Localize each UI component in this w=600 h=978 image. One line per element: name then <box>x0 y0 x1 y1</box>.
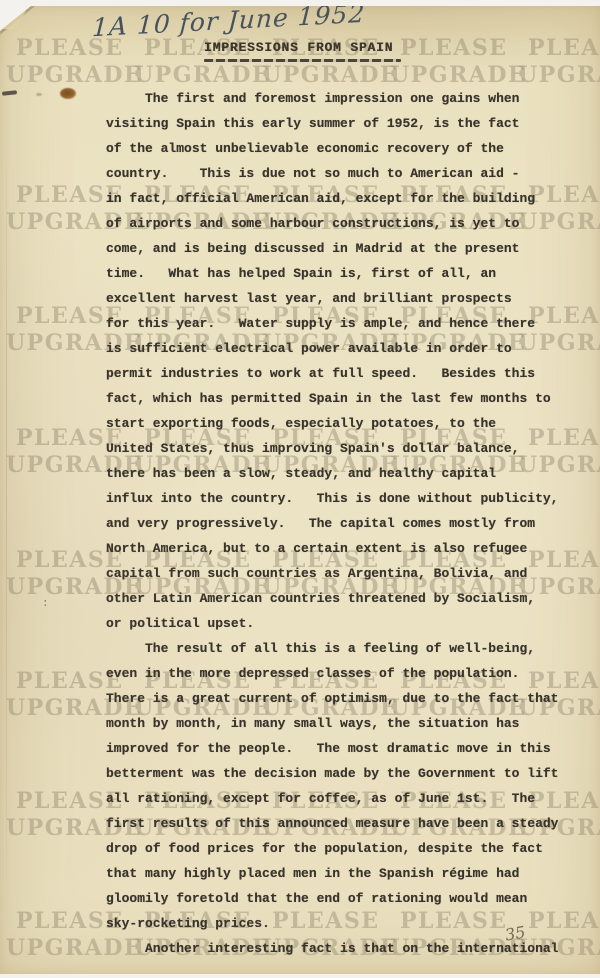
scanned-document: { "page": { "annotation_handwritten": "1… <box>0 0 600 978</box>
watermark-text: UPGRADE <box>390 62 526 88</box>
handwritten-annotation: 1A 10 for June 1952 <box>91 0 366 42</box>
handwritten-page-number: 35 <box>504 922 527 944</box>
title-underline <box>204 59 401 62</box>
watermark-text: PLEASE <box>528 35 600 61</box>
watermark-text: UPGRADE <box>134 62 270 88</box>
watermark-text: UPGRADE <box>518 62 600 88</box>
watermark-text: PLEASE <box>400 35 508 61</box>
torn-corner-shadow <box>0 6 40 40</box>
watermark-text: UPGRADE <box>262 62 398 88</box>
paragraph-1: The first and foremost impression one ga… <box>106 86 558 636</box>
paper-speck <box>36 93 42 96</box>
paper-speck-small: : <box>42 598 45 607</box>
watermark-text: UPGRADE <box>6 62 142 88</box>
pen-mark <box>2 90 17 96</box>
paragraph-2: The result of all this is a feeling of w… <box>106 636 558 936</box>
paper-crease <box>6 126 7 946</box>
paragraph-3: Another interesting fact is that on the … <box>106 936 558 961</box>
document-page: PLEASEPLEASEPLEASEPLEASEPLEASEUPGRADEUPG… <box>0 6 600 974</box>
folded-corner-flap <box>1 7 28 29</box>
page-title: IMPRESSIONS FROM SPAIN <box>204 40 393 55</box>
ink-stain <box>60 88 76 99</box>
